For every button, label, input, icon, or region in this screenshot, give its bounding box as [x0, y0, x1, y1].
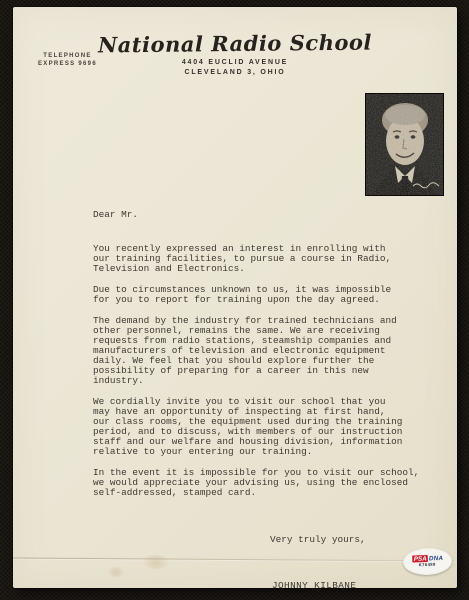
- letter-paragraph: We cordially invite you to visit our sch…: [93, 397, 437, 457]
- letter-paragraphs: You recently expressed an interest in en…: [93, 244, 437, 498]
- psa-dna-logo: PSA DNA: [412, 554, 443, 562]
- dna-logo-text: DNA: [429, 554, 443, 562]
- portrait-photo: [365, 93, 444, 196]
- cert-number: K76488: [419, 562, 436, 567]
- letter-paragraph: In the event it is impossible for you to…: [93, 468, 437, 498]
- paper-stain: [108, 567, 124, 577]
- address-line-1: 4404 EUCLID AVENUE: [13, 58, 457, 68]
- scanned-letter-photo: { "colors": { "background": "#16130e", "…: [0, 0, 469, 600]
- letter-body: Dear Mr. You recently expressed an inter…: [93, 200, 437, 600]
- psa-logo-badge: PSA: [412, 554, 428, 562]
- letter-paragraph: You recently expressed an interest in en…: [93, 244, 437, 274]
- paper-stain: [143, 555, 169, 569]
- letter-paragraph: The demand by the industry for trained t…: [93, 316, 437, 386]
- portrait-photo-image: [365, 93, 444, 196]
- psa-dna-authentication-sticker: PSA DNA K76488: [403, 547, 453, 576]
- school-address: 4404 EUCLID AVENUE CLEVELAND 3, OHIO: [13, 58, 457, 78]
- letter-paper: TELEPHONE EXPRESS 9696 National Radio Sc…: [13, 7, 457, 588]
- signature-name: JOHNNY KILBANE: [272, 581, 437, 591]
- closing: Very truly yours,: [270, 535, 437, 545]
- letter-paragraph: Due to circumstances unknown to us, it w…: [93, 285, 437, 305]
- school-name: National Radio School: [98, 30, 372, 58]
- address-line-2: CLEVELAND 3, OHIO: [13, 68, 457, 78]
- letterhead: National Radio School 4404 EUCLID AVENUE…: [13, 31, 457, 78]
- salutation: Dear Mr.: [93, 210, 437, 220]
